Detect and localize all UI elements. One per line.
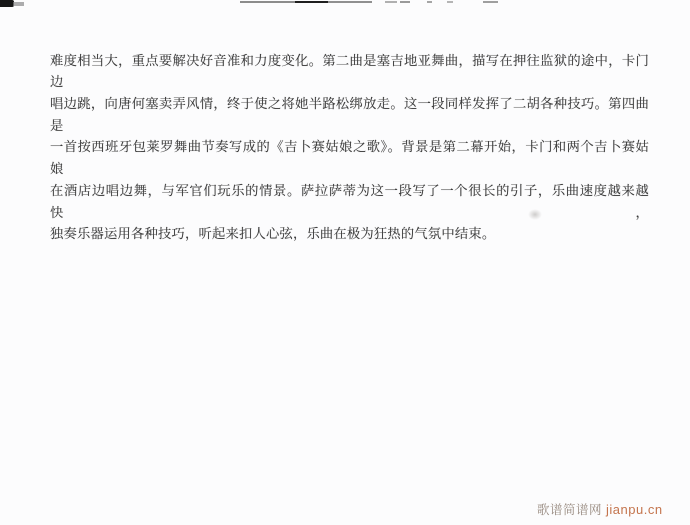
scan-edge-mark [385, 1, 397, 3]
paragraph: 难度相当大，重点要解决好音准和力度变化。第二曲是塞吉地亚舞曲，描写在押往监狱的途… [50, 50, 649, 245]
paragraph-line: 独奏乐器运用各种技巧，听起来扣人心弦，乐曲在极为狂热的气氛中结束。 [50, 223, 649, 245]
scan-edge-mark [427, 1, 432, 3]
scan-edge-mark [483, 1, 498, 3]
paragraph-line: 难度相当大，重点要解决好音准和力度变化。第二曲是塞吉地亚舞曲，描写在押往监狱的途… [50, 50, 649, 93]
watermark-site-url: jianpu.cn [606, 502, 663, 517]
scan-edge-mark [447, 1, 453, 3]
paragraph-line: 一首按西班牙包莱罗舞曲节奏写成的《吉卜赛姑娘之歌》。背景是第二幕开始，卡门和两个… [50, 136, 649, 179]
scan-edge-mark [328, 1, 372, 3]
scan-edge-mark [295, 1, 328, 3]
scan-edge-mark [240, 1, 295, 3]
watermark-site-name: 歌谱简谱网 [537, 503, 602, 517]
scan-corner-artifact-tail [13, 2, 24, 6]
paragraph-line: 唱边跳，向唐何塞卖弄风情，终于使之将她半路松绑放走。这一段同样发挥了二胡各种技巧… [50, 93, 649, 136]
scanned-page: 难度相当大，重点要解决好音准和力度变化。第二曲是塞吉地亚舞曲，描写在押往监狱的途… [0, 0, 690, 525]
scan-corner-artifact [0, 0, 14, 7]
paragraph-line: 在酒店边唱边舞，与军官们玩乐的情景。萨拉萨蒂为这一段写了一个很长的引子，乐曲速度… [50, 180, 649, 223]
watermark: 歌谱简谱网jianpu.cn [537, 500, 663, 518]
scan-edge-mark [400, 1, 410, 3]
